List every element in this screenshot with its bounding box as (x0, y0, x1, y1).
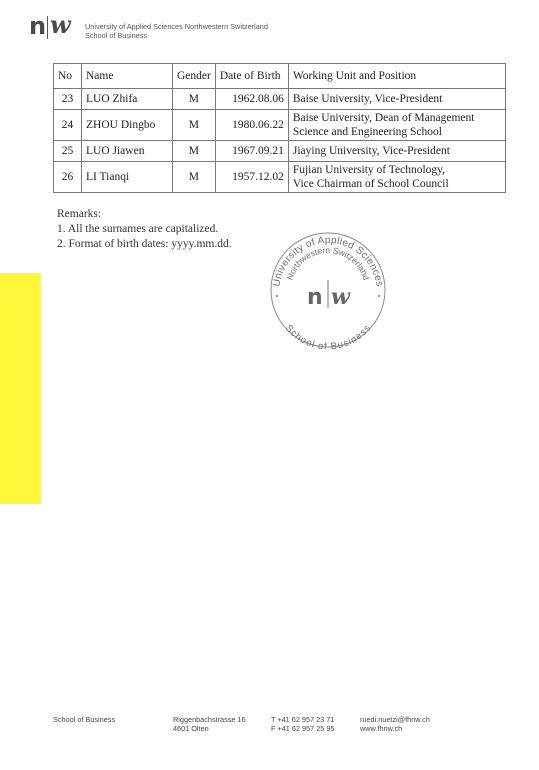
cell-gender: M (173, 162, 216, 193)
work-line-1: Jiaying University, Vice-President (293, 144, 501, 159)
footer-fax: F +41 62 957 25 95 (271, 724, 335, 733)
cell-work: Baise University, Dean of Management Sci… (288, 110, 505, 141)
cell-no: 24 (54, 110, 82, 141)
footer-phone: T +41 62 957 23 71 F +41 62 957 25 95 (271, 715, 335, 733)
header-dob: Date of Birth (215, 64, 288, 89)
cell-name: LUO Zhifa (82, 89, 173, 110)
cell-name: ZHOU Dingbo (82, 110, 173, 141)
footer-city: 4601 Olten (173, 724, 246, 733)
remarks: Remarks: 1. All the surnames are capital… (57, 207, 232, 252)
header-name: Name (82, 64, 173, 89)
table-row: 25 LUO Jiawen M 1967.09.21 Jiaying Unive… (54, 141, 506, 162)
members-table: No Name Gender Date of Birth Working Uni… (53, 63, 506, 193)
organization-name: University of Applied Sciences Northwest… (85, 22, 268, 40)
svg-text:University of Applied Sciences: University of Applied Sciences (271, 235, 384, 287)
footer-school: School of Business (53, 715, 115, 724)
footer-contact: ruedi.nuetzi@fhnw.ch www.fhnw.ch (360, 715, 430, 733)
header-no: No (54, 64, 82, 89)
logo-w: w (50, 13, 71, 37)
table-header-row: No Name Gender Date of Birth Working Uni… (54, 64, 506, 89)
cell-no: 25 (54, 141, 82, 162)
cell-work: Baise University, Vice-President (288, 89, 505, 110)
footer-street: Riggenbachstrasse 16 (173, 715, 246, 724)
org-line-2: School of Business (85, 31, 268, 40)
footer-website[interactable]: www.fhnw.ch (360, 724, 430, 733)
remark-item: 2. Format of birth dates: yyyy.mm.dd. (57, 237, 232, 252)
cell-no: 23 (54, 89, 82, 110)
table-row: 23 LUO Zhifa M 1962.08.06 Baise Universi… (54, 89, 506, 110)
yellow-side-tab (0, 273, 41, 504)
svg-text:School of Business: School of Business (283, 323, 373, 350)
header-work: Working Unit and Position (288, 64, 505, 89)
stamp-outer-text: University of Applied Sciences (271, 235, 384, 287)
stamp-logo-w: w (331, 284, 351, 310)
cell-dob: 1962.08.06 (215, 89, 288, 110)
work-line-1: Baise University, Vice-President (293, 92, 501, 107)
cell-work: Fujian University of Technology, Vice Ch… (288, 162, 505, 193)
cell-work: Jiaying University, Vice-President (288, 141, 505, 162)
cell-no: 26 (54, 162, 82, 193)
remarks-title: Remarks: (57, 207, 232, 222)
cell-dob: 1967.09.21 (215, 141, 288, 162)
cell-gender: M (173, 89, 216, 110)
work-line-1: Fujian University of Technology, (293, 163, 501, 178)
cell-dob: 1980.06.22 (215, 110, 288, 141)
footer-tel: T +41 62 957 23 71 (271, 715, 335, 724)
footer-school-name: School of Business (53, 715, 115, 724)
table-row: 24 ZHOU Dingbo M 1980.06.22 Baise Univer… (54, 110, 506, 141)
remark-item: 1. All the surnames are capitalized. (57, 222, 232, 237)
cell-name: LUO Jiawen (82, 141, 173, 162)
work-line-1: Baise University, Dean of Management (293, 111, 501, 126)
logo-divider (47, 16, 48, 39)
stamp-bottom-text: School of Business (283, 323, 373, 350)
cell-gender: M (173, 141, 216, 162)
stamp-logo-n: n (307, 285, 323, 310)
footer-address: Riggenbachstrasse 16 4601 Olten (173, 715, 246, 733)
cell-name: LI Tianqi (82, 162, 173, 193)
work-line-2: Vice Chairman of School Council (293, 177, 501, 192)
logo-n: n (29, 15, 45, 37)
header-gender: Gender (173, 64, 216, 89)
cell-dob: 1957.12.02 (215, 162, 288, 193)
school-stamp: University of Applied Sciences Northwest… (263, 230, 393, 350)
footer-email[interactable]: ruedi.nuetzi@fhnw.ch (360, 715, 430, 724)
cell-gender: M (173, 110, 216, 141)
table-row: 26 LI Tianqi M 1957.12.02 Fujian Univers… (54, 162, 506, 193)
org-line-1: University of Applied Sciences Northwest… (85, 22, 268, 31)
work-line-2: Science and Engineering School (293, 125, 501, 140)
